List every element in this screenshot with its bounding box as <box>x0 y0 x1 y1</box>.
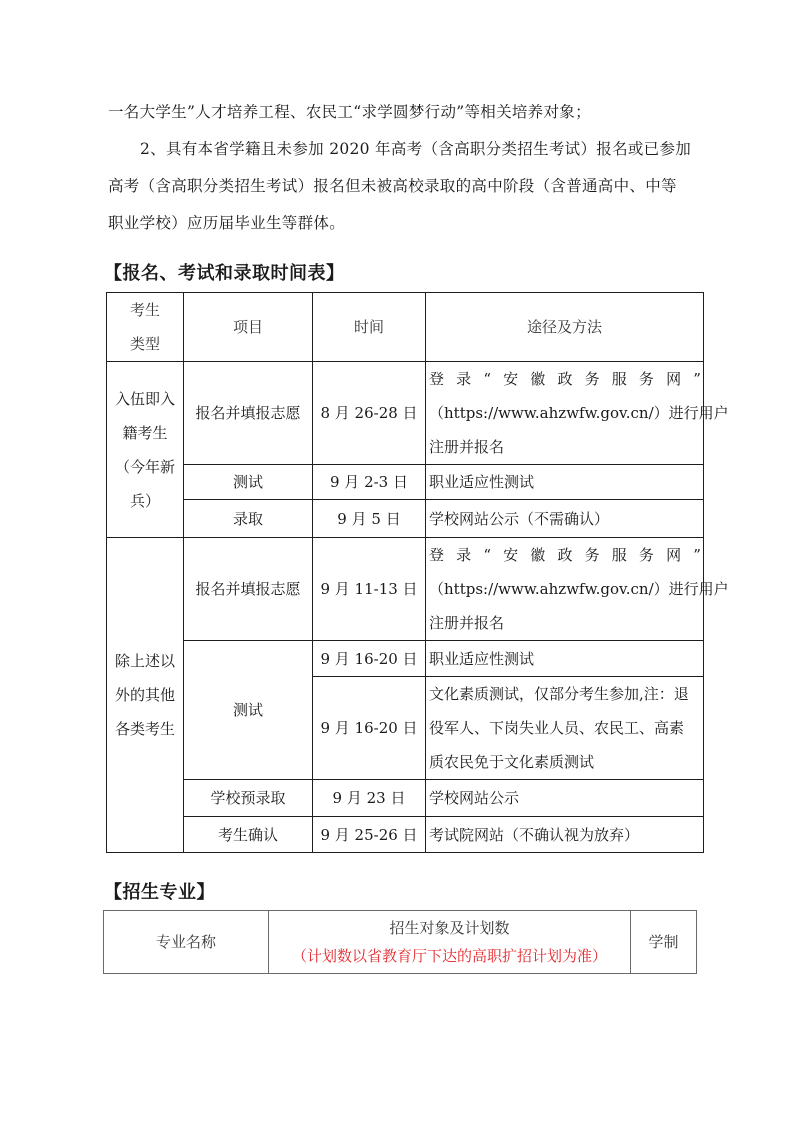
time-cell: 9 月 11-13 日 <box>313 538 426 641</box>
char: 政 <box>557 538 572 572</box>
method-line-1: 登 录 “ 安 徽 政 务 服 务 网 ” <box>429 538 701 572</box>
type-line: 除上述以 <box>107 644 183 678</box>
header-type-line-2: 类型 <box>107 327 183 361</box>
time-cell: 9 月 2-3 日 <box>313 465 426 500</box>
time-cell: 9 月 16-20 日 <box>313 641 426 677</box>
method-cell: 学校网站公示（不需确认） <box>426 500 704 538</box>
method-line-3: 质农民免于文化素质测试 <box>429 745 701 779</box>
table-row: 学校预录取 9 月 23 日 学校网站公示 <box>107 780 704 817</box>
char: “ <box>483 362 491 396</box>
schedule-section-title: 【报名、考试和录取时间表】 <box>104 259 345 285</box>
table-row: 录取 9 月 5 日 学校网站公示（不需确认） <box>107 500 704 538</box>
char: 徽 <box>530 538 545 572</box>
intro-line-3: 高考（含高职分类招生考试）报名但未被高校录取的高中阶段（含普通高中、中等 <box>108 168 708 204</box>
table-row: 测试 9 月 2-3 日 职业适应性测试 <box>107 465 704 500</box>
header-time: 时间 <box>313 293 426 362</box>
group-1-exam-type: 入伍即入 籍考生 （今年新 兵） <box>107 362 184 538</box>
char: 徽 <box>530 362 545 396</box>
method-line-1: 文化素质测试，仅部分考生参加,注：退 <box>429 677 701 711</box>
type-line: 各类考生 <box>107 712 183 746</box>
item-cell: 报名并填报志愿 <box>184 362 313 465</box>
table-row: 入伍即入 籍考生 （今年新 兵） 报名并填报志愿 8 月 26-28 日 登 录… <box>107 362 704 465</box>
char: 安 <box>503 538 518 572</box>
group-2-exam-type: 除上述以 外的其他 各类考生 <box>107 538 184 853</box>
header-major-name: 专业名称 <box>104 911 269 974</box>
type-line: 兵） <box>107 484 183 518</box>
table-row: 考生确认 9 月 25-26 日 考试院网站（不确认视为放弃） <box>107 817 704 853</box>
table-row: 除上述以 外的其他 各类考生 报名并填报志愿 9 月 11-13 日 登 录 “… <box>107 538 704 641</box>
item-cell: 录取 <box>184 500 313 538</box>
item-cell: 报名并填报志愿 <box>184 538 313 641</box>
char: ” <box>693 362 701 396</box>
plan-note: （计划数以省教育厅下达的高职扩招计划为准） <box>269 942 630 970</box>
method-cell: 考试院网站（不确认视为放弃） <box>426 817 704 853</box>
method-cell: 职业适应性测试 <box>426 465 704 500</box>
method-line-3: 注册并报名 <box>429 430 701 464</box>
char: 网 <box>666 362 681 396</box>
header-duration: 学制 <box>631 911 697 974</box>
time-cell: 9 月 5 日 <box>313 500 426 538</box>
time-cell: 9 月 25-26 日 <box>313 817 426 853</box>
type-line: （今年新 <box>107 450 183 484</box>
method-url-line: （https://www.ahzwfw.gov.cn/）进行用户 <box>429 572 701 606</box>
type-line: 外的其他 <box>107 678 183 712</box>
char: 登 <box>429 362 444 396</box>
method-cell: 文化素质测试，仅部分考生参加,注：退 役军人、下岗失业人员、农民工、高素 质农民… <box>426 677 704 780</box>
item-cell: 测试 <box>184 465 313 500</box>
method-cell: 登 录 “ 安 徽 政 务 服 务 网 ” （https://www.ahzwf… <box>426 362 704 465</box>
majors-section-title: 【招生专业】 <box>104 878 215 904</box>
char: 录 <box>456 362 471 396</box>
char: 政 <box>557 362 572 396</box>
char: 务 <box>639 538 654 572</box>
time-cell: 9 月 16-20 日 <box>313 677 426 780</box>
method-cell: 登 录 “ 安 徽 政 务 服 务 网 ” （https://www.ahzwf… <box>426 538 704 641</box>
schedule-header-row: 考生 类型 项目 时间 途径及方法 <box>107 293 704 362</box>
char: 服 <box>612 362 627 396</box>
method-line-1: 登 录 “ 安 徽 政 务 服 务 网 ” <box>429 362 701 396</box>
char: ” <box>693 538 701 572</box>
char: 务 <box>585 538 600 572</box>
type-line: 籍考生 <box>107 416 183 450</box>
char: 务 <box>585 362 600 396</box>
char: 登 <box>429 538 444 572</box>
time-cell: 8 月 26-28 日 <box>313 362 426 465</box>
char: 务 <box>639 362 654 396</box>
type-line: 入伍即入 <box>107 382 183 416</box>
majors-table: 专业名称 招生对象及计划数 （计划数以省教育厅下达的高职扩招计划为准） 学制 <box>103 910 697 974</box>
intro-line-1: 一名大学生”人才培养工程、农民工“求学圆梦行动”等相关培养对象； <box>108 94 708 130</box>
char: 安 <box>503 362 518 396</box>
target-plan-label: 招生对象及计划数 <box>269 914 630 942</box>
header-item: 项目 <box>184 293 313 362</box>
header-method: 途径及方法 <box>426 293 704 362</box>
time-cell: 9 月 23 日 <box>313 780 426 817</box>
header-type-line-1: 考生 <box>107 293 183 327</box>
char: 网 <box>666 538 681 572</box>
item-cell: 测试 <box>184 641 313 780</box>
method-cell: 学校网站公示 <box>426 780 704 817</box>
char: “ <box>483 538 491 572</box>
intro-line-4: 职业学校）应历届毕业生等群体。 <box>108 205 708 241</box>
method-line-2: 役军人、下岗失业人员、农民工、高素 <box>429 711 701 745</box>
table-row: 测试 9 月 16-20 日 职业适应性测试 <box>107 641 704 677</box>
method-url-line: （https://www.ahzwfw.gov.cn/）进行用户 <box>429 396 701 430</box>
item-cell: 学校预录取 <box>184 780 313 817</box>
item-cell: 考生确认 <box>184 817 313 853</box>
schedule-table: 考生 类型 项目 时间 途径及方法 入伍即入 籍考生 （今年新 兵） 报名并填报… <box>106 292 704 853</box>
char: 录 <box>456 538 471 572</box>
method-line-3: 注册并报名 <box>429 606 701 640</box>
header-exam-type: 考生 类型 <box>107 293 184 362</box>
header-target-plan: 招生对象及计划数 （计划数以省教育厅下达的高职扩招计划为准） <box>269 911 631 974</box>
majors-header-row: 专业名称 招生对象及计划数 （计划数以省教育厅下达的高职扩招计划为准） 学制 <box>104 911 697 974</box>
method-cell: 职业适应性测试 <box>426 641 704 677</box>
intro-line-2: 2、具有本省学籍且未参加 2020 年高考（含高职分类招生考试）报名或已参加 <box>140 131 740 167</box>
char: 服 <box>612 538 627 572</box>
